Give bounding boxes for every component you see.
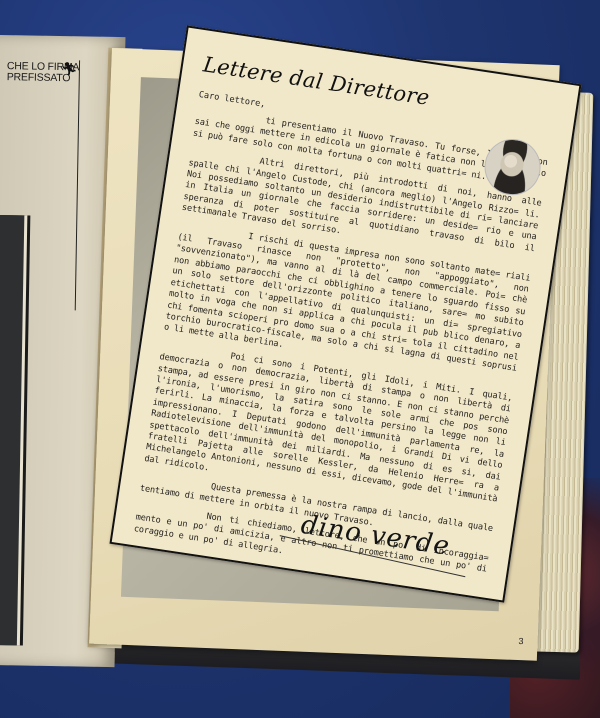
- runner-logo-icon: 🏃︎: [61, 63, 75, 77]
- page-number: 3: [518, 636, 523, 646]
- letter-card: Lettere dal Direttore Caro lettore, ti p…: [109, 25, 581, 602]
- dark-photo-plate: [0, 215, 27, 646]
- vertical-rule: [75, 60, 80, 310]
